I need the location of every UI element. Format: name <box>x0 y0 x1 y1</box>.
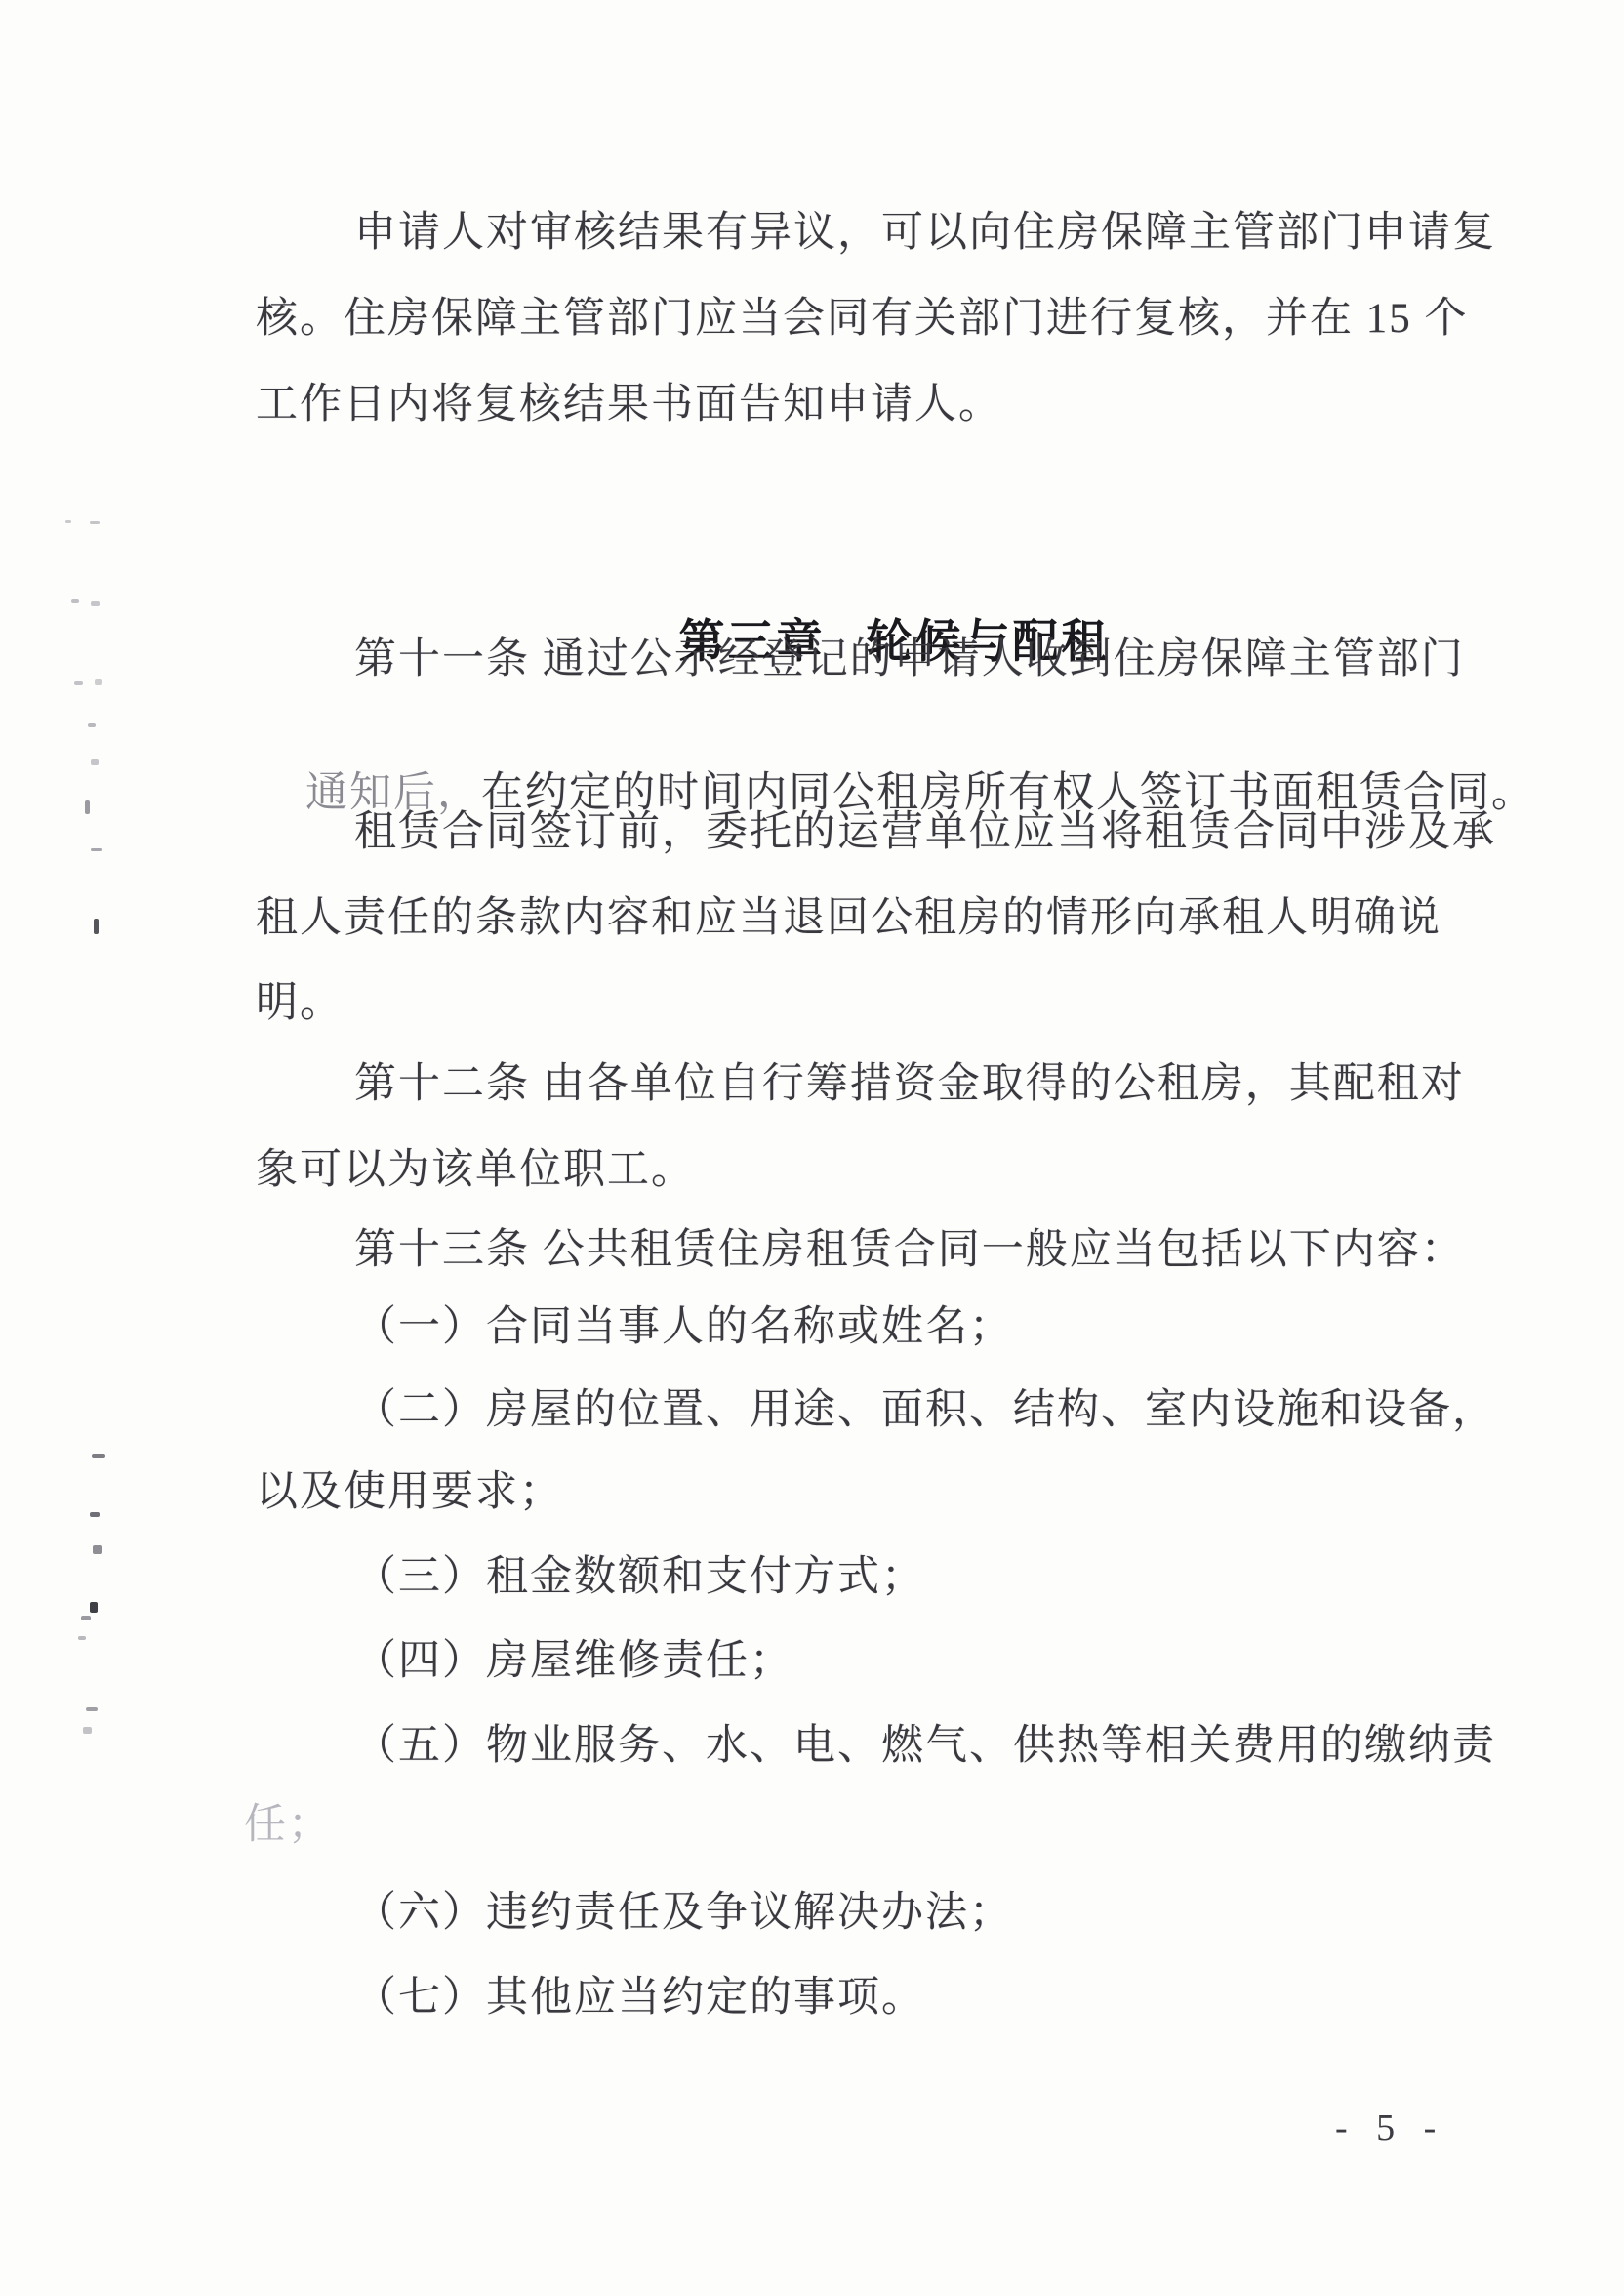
article-line: 租赁合同签订前，委托的运营单位应当将租赁合同中涉及承 <box>354 809 1496 856</box>
page-number: - 5 - <box>1335 2107 1445 2150</box>
scan-artifact <box>91 601 100 606</box>
scan-artifact <box>92 1454 105 1458</box>
scan-artifact <box>83 1727 92 1734</box>
body-line: 申请人对审核结果有异议，可以向住房保障主管部门申请复 <box>354 210 1496 257</box>
body-line: 核。住房保障主管部门应当会同有关部门进行复核，并在 15 个 <box>256 296 1469 343</box>
scan-artifact <box>95 679 102 685</box>
list-item-line: （二）房屋的位置、用途、面积、结构、室内设施和设备， <box>354 1387 1496 1434</box>
list-item-line: （一）合同当事人的名称或姓名； <box>354 1304 1013 1351</box>
list-item-line: （六）违约责任及争议解决办法； <box>354 1890 1013 1937</box>
scan-artifact <box>65 520 71 523</box>
scan-artifact <box>74 681 83 685</box>
article-line: 第十二条 由各单位自行筹措资金取得的公租房，其配租对 <box>354 1061 1465 1108</box>
list-item-line: （五）物业服务、水、电、燃气、供热等相关费用的缴纳责 <box>354 1723 1496 1770</box>
article-line: 象可以为该单位职工。 <box>256 1147 695 1194</box>
faded-scan-text: 任； <box>244 1802 332 1849</box>
scan-artifact <box>94 919 99 934</box>
article-line: 第十三条 公共租赁住房租赁合同一般应当包括以下内容： <box>354 1227 1465 1274</box>
scan-artifact <box>88 723 96 727</box>
list-item-line: （七）其他应当约定的事项。 <box>354 1975 925 2022</box>
scan-artifact <box>90 1512 100 1517</box>
article-line: 第十一条 通过公示经登记的申请人收到住房保障主管部门 <box>354 636 1465 683</box>
scan-artifact <box>85 800 90 814</box>
article-line: 明。 <box>256 980 344 1027</box>
scan-artifact <box>86 1707 98 1711</box>
body-line: 工作日内将复核结果书面告知申请人。 <box>256 382 1002 429</box>
scanned-document-page: 申请人对审核结果有异议，可以向住房保障主管部门申请复 核。住房保障主管部门应当会… <box>0 0 1624 2296</box>
scan-artifact <box>90 1602 98 1613</box>
scan-artifact <box>93 1545 102 1554</box>
scan-artifact <box>78 1636 86 1640</box>
scan-artifact <box>71 599 79 603</box>
scan-artifact <box>91 848 102 851</box>
list-item-line: （三）租金数额和支付方式； <box>354 1554 925 1601</box>
article-line: 租人责任的条款内容和应当退回公租房的情形向承租人明确说 <box>256 895 1441 942</box>
list-item-line: 以及使用要求； <box>256 1469 563 1516</box>
scan-artifact <box>91 759 99 765</box>
scan-artifact <box>81 1616 91 1620</box>
scan-artifact <box>90 521 100 524</box>
list-item-line: （四）房屋维修责任； <box>354 1638 793 1685</box>
